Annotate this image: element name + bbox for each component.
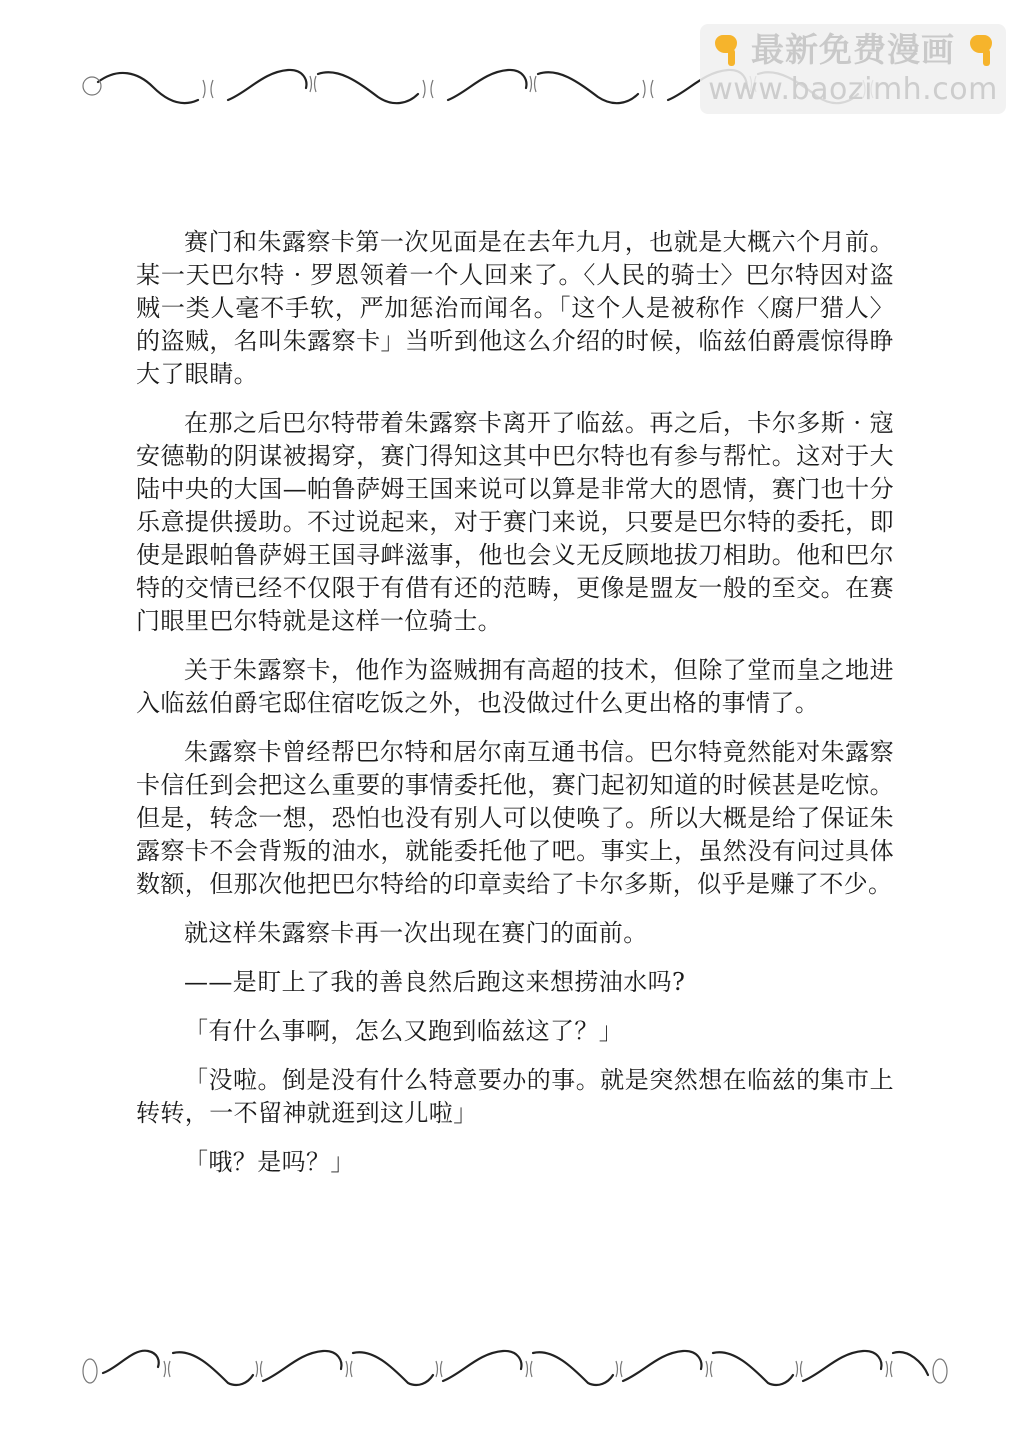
watermark-badge[interactable]: 最新免费漫画 www.baozimh.com xyxy=(700,24,1006,114)
paragraph: ——是盯上了我的善良然后跑这来想捞油水吗? xyxy=(136,966,894,999)
bottom-ornamental-border xyxy=(78,1343,953,1393)
paragraph: 赛门和朱露察卡第一次见面是在去年九月，也就是大概六个月前。某一天巴尔特 · 罗恩… xyxy=(136,226,894,391)
dialogue-paragraph: 「有什么事啊，怎么又跑到临兹这了？」 xyxy=(136,1015,894,1048)
page-body-text: 赛门和朱露察卡第一次见面是在去年九月，也就是大概六个月前。某一天巴尔特 · 罗恩… xyxy=(136,226,894,1195)
dialogue-paragraph: 「哦？是吗？」 xyxy=(136,1146,894,1179)
dialogue-paragraph: 「没啦。倒是没有什么特意要办的事。就是突然想在临兹的集市上转转，一不留神就逛到这… xyxy=(136,1064,894,1130)
vine-ornament-icon xyxy=(78,1343,953,1393)
watermark-title: 最新免费漫画 xyxy=(751,30,955,69)
pointing-down-hand-icon xyxy=(968,33,994,67)
pointing-down-hand-icon xyxy=(713,33,739,67)
watermark-title-row: 最新免费漫画 xyxy=(700,28,1006,72)
watermark-url[interactable]: www.baozimh.com xyxy=(700,72,1006,108)
paragraph: 朱露察卡曾经帮巴尔特和居尔南互通书信。巴尔特竟然能对朱露察卡信任到会把这么重要的… xyxy=(136,736,894,901)
paragraph: 就这样朱露察卡再一次出现在赛门的面前。 xyxy=(136,917,894,950)
paragraph: 在那之后巴尔特带着朱露察卡离开了临兹。再之后，卡尔多斯 · 寇安德勒的阴谋被揭穿… xyxy=(136,407,894,638)
paragraph: 关于朱露察卡，他作为盗贼拥有高超的技术，但除了堂而皇之地进入临兹伯爵宅邸住宿吃饭… xyxy=(136,654,894,720)
